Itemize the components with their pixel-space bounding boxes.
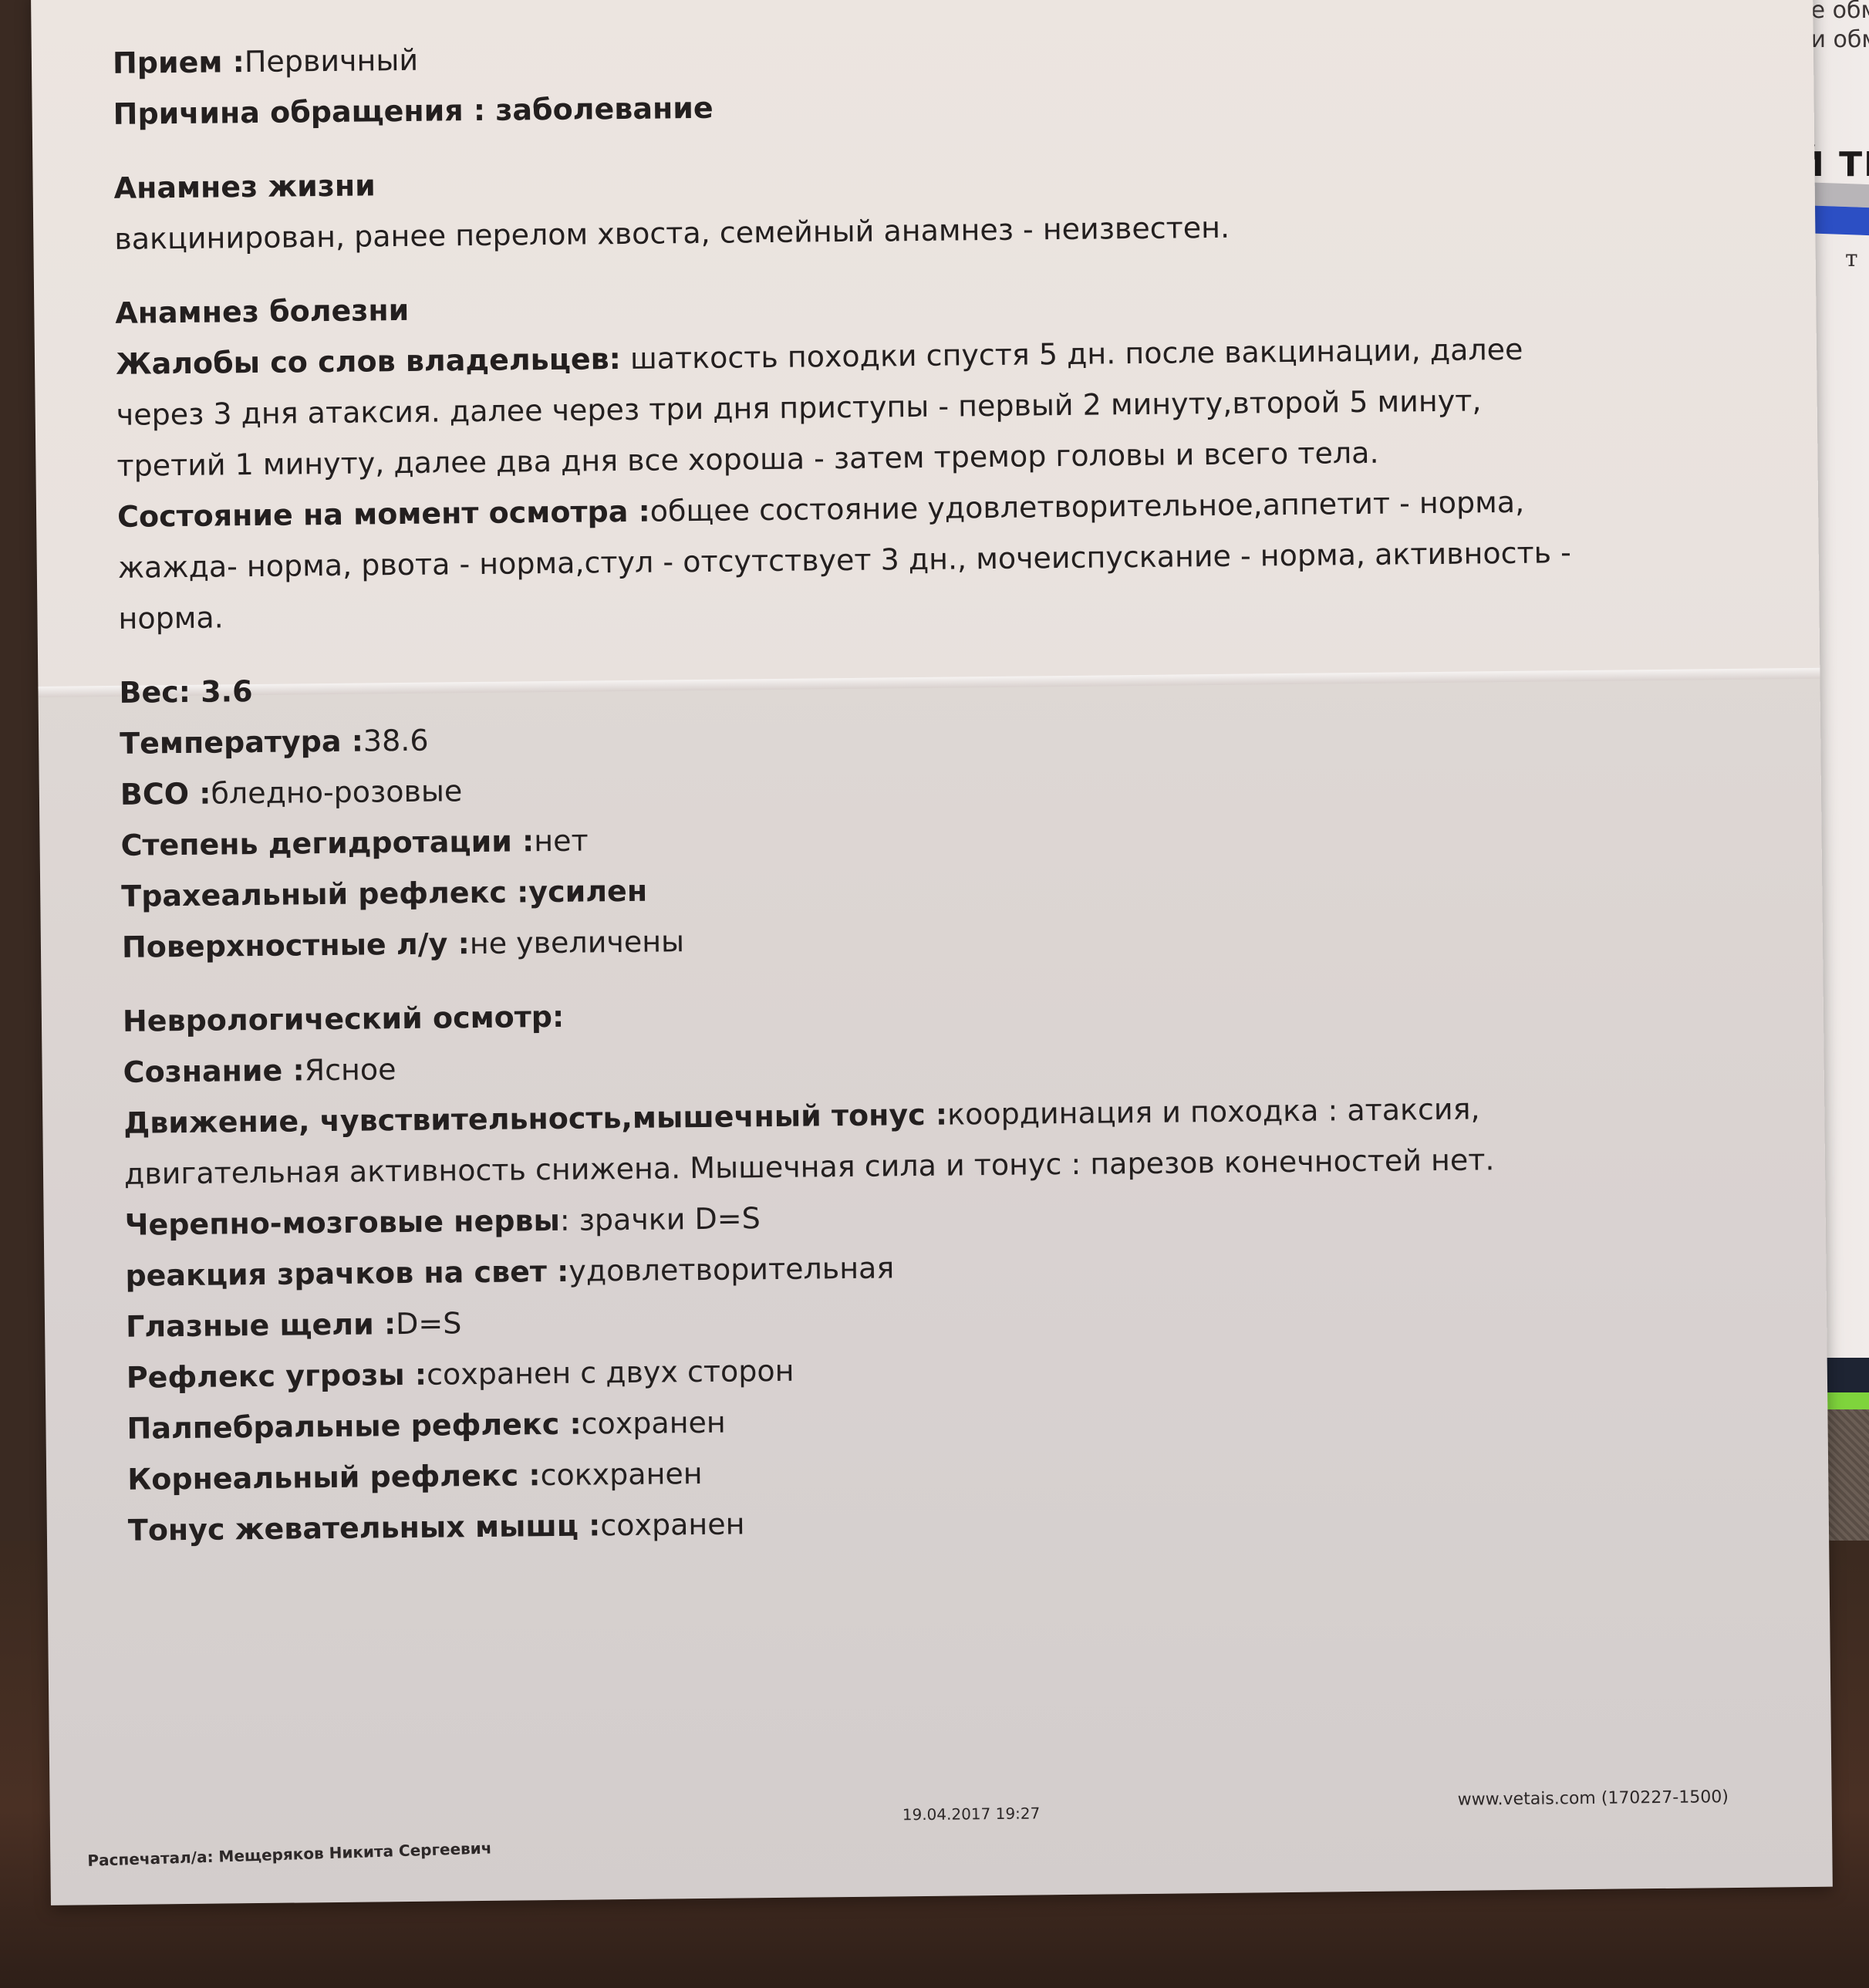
vitals-list: Вес: 3.6 Температура :38.6 ВСО :бледно-р… (119, 650, 1742, 973)
visit-reason-label: Причина обращения : заболевание (113, 91, 713, 131)
flag-stripe-white (1807, 182, 1869, 208)
visit-type-label: Прием : (113, 45, 245, 80)
neuro-movement: Движение, чувствительность,мышечный тону… (123, 1081, 1744, 1200)
condition-text-line: общее состояние удовлетворительное,аппет… (650, 485, 1525, 528)
medical-record-page: Прием :Первичный Причина обращения : заб… (31, 0, 1833, 1905)
complaints-label: Жалобы со слов владельцев: (116, 342, 621, 381)
record-content: Прием :Первичный Причина обращения : заб… (113, 21, 1748, 1556)
flag-stripe-blue (1807, 205, 1869, 235)
footer-site: www.vetais.com (170227-1500) (1458, 1787, 1729, 1810)
neuro-movement-label: Движение, чувствительность,мышечный тону… (123, 1098, 947, 1140)
footer-datetime: 19.04.2017 19:27 (902, 1804, 1041, 1824)
condition-label: Состояние на момент осмотра : (117, 494, 650, 534)
underlying-text-fragment: т (1845, 245, 1858, 272)
complaints-block: Жалобы со слов владельцев: шаткость похо… (116, 322, 1737, 491)
visit-type-value: Первичный (245, 43, 419, 79)
condition-block: Состояние на момент осмотра :общее состо… (117, 474, 1739, 644)
complaints-text-line: шаткость походки спустя 5 дн. после вакц… (621, 332, 1523, 376)
